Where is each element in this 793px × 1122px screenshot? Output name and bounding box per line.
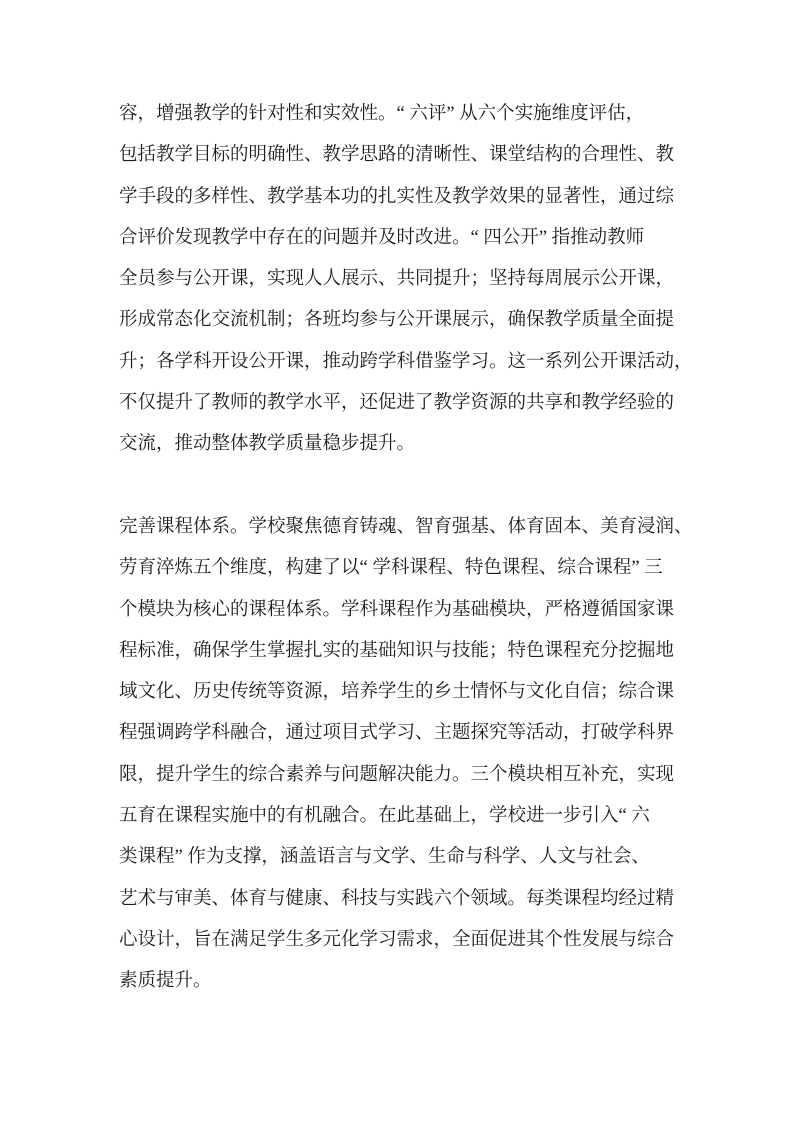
text-line: 交流，推动整体教学质量稳步提升。 bbox=[119, 424, 679, 465]
text-line: 形成常态化交流机制；各班均参与公开课展示，确保教学质量全面提 bbox=[119, 300, 679, 341]
text-line: 类课程” 作为支撑，涵盖语言与文学、生命与科学、人文与社会、 bbox=[119, 837, 679, 878]
paragraph-spacer bbox=[119, 466, 679, 507]
text-line: 限，提升学生的综合素养与问题解决能力。三个模块相互补充，实现 bbox=[119, 755, 679, 796]
text-line: 包括教学目标的明确性、教学思路的清晰性、课堂结构的合理性、教 bbox=[119, 135, 679, 176]
paragraph-1: 容，增强教学的针对性和实效性。“ 六评” 从六个实施维度评估， 包括教学目标的明… bbox=[119, 94, 679, 466]
text-line: 学手段的多样性、教学基本功的扎实性及教学效果的显著性，通过综 bbox=[119, 177, 679, 218]
text-line: 心设计，旨在满足学生多元化学习需求，全面促进其个性发展与综合 bbox=[119, 920, 679, 961]
text-line: 域文化、历史传统等资源，培养学生的乡土情怀与文化自信；综合课 bbox=[119, 672, 679, 713]
paragraph-2: 完善课程体系。学校聚焦德育铸魂、智育强基、体育固本、美育浸润、 劳育淬炼五个维度… bbox=[119, 507, 679, 1003]
text-line: 艺术与审美、体育与健康、科技与实践六个领域。每类课程均经过精 bbox=[119, 879, 679, 920]
text-line: 程标准，确保学生掌握扎实的基础知识与技能；特色课程充分挖掘地 bbox=[119, 631, 679, 672]
text-line: 五育在课程实施中的有机融合。在此基础上，学校进一步引入“ 六 bbox=[119, 796, 679, 837]
text-line: 不仅提升了教师的教学水平，还促进了教学资源的共享和教学经验的 bbox=[119, 383, 679, 424]
text-line: 全员参与公开课，实现人人展示、共同提升；坚持每周展示公开课， bbox=[119, 259, 679, 300]
text-line: 程强调跨学科融合，通过项目式学习、主题探究等活动，打破学科界 bbox=[119, 713, 679, 754]
text-line: 个模块为核心的课程体系。学科课程作为基础模块，严格遵循国家课 bbox=[119, 590, 679, 631]
text-line: 容，增强教学的针对性和实效性。“ 六评” 从六个实施维度评估， bbox=[119, 94, 679, 135]
document-page: 容，增强教学的针对性和实效性。“ 六评” 从六个实施维度评估， 包括教学目标的明… bbox=[0, 0, 793, 1122]
text-line: 劳育淬炼五个维度，构建了以“ 学科课程、特色课程、综合课程” 三 bbox=[119, 548, 679, 589]
document-text-block: 容，增强教学的针对性和实效性。“ 六评” 从六个实施维度评估， 包括教学目标的明… bbox=[119, 94, 679, 1003]
text-line: 升；各学科开设公开课，推动跨学科借鉴学习。这一系列公开课活动， bbox=[119, 342, 679, 383]
text-line: 素质提升。 bbox=[119, 961, 679, 1002]
text-line: 完善课程体系。学校聚焦德育铸魂、智育强基、体育固本、美育浸润、 bbox=[119, 507, 679, 548]
text-line: 合评价发现教学中存在的问题并及时改进。“ 四公开” 指推动教师 bbox=[119, 218, 679, 259]
